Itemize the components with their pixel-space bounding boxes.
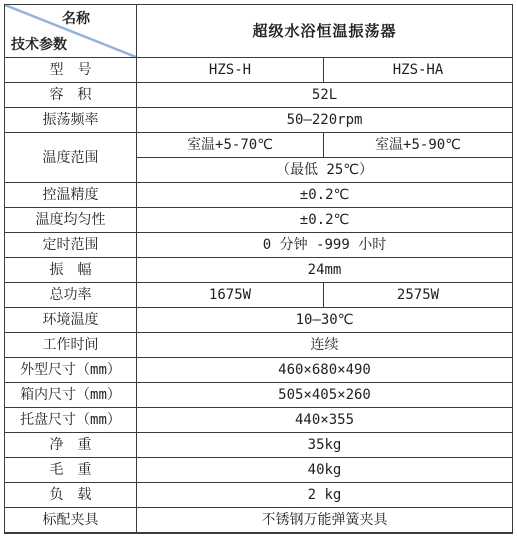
row-label: 振 幅 (5, 258, 137, 283)
table-row-inner-dimensions: 箱内尺寸（mm） 505×405×260 (5, 383, 513, 408)
table-row-net-weight: 净 重 35kg (5, 433, 513, 458)
table-row-model: 型 号 HZS-H HZS-HA (5, 58, 513, 83)
table-row-external-dimensions: 外型尺寸（mm） 460×680×490 (5, 358, 513, 383)
cell-total-power-1: 1675W (137, 283, 324, 308)
row-label: 总功率 (5, 283, 137, 308)
table-row-timer-range: 定时范围 0 分钟 -999 小时 (5, 233, 513, 258)
corner-label-tech-params: 技术参数 (11, 38, 67, 52)
row-label: 振荡频率 (5, 108, 137, 133)
cell-amplitude: 24mm (137, 258, 513, 283)
table-row-gross-weight: 毛 重 40kg (5, 458, 513, 483)
table-row-volume: 容 积 52L (5, 83, 513, 108)
corner-label-name: 名称 (62, 12, 90, 26)
cell-temp-range-1: 室温+5-70℃ (137, 133, 324, 158)
cell-temp-uniformity: ±0.2℃ (137, 208, 513, 233)
row-label: 温度均匀性 (5, 208, 137, 233)
cell-gross-weight: 40kg (137, 458, 513, 483)
cell-tray-dimensions: 440×355 (137, 408, 513, 433)
table-row-ambient-temp: 环境温度 10—30℃ (5, 308, 513, 333)
row-label: 负 载 (5, 483, 137, 508)
table-row-load: 负 载 2 kg (5, 483, 513, 508)
cell-net-weight: 35kg (137, 433, 513, 458)
table-row-working-time: 工作时间 连续 (5, 333, 513, 358)
row-label: 控温精度 (5, 183, 137, 208)
cell-volume: 52L (137, 83, 513, 108)
cell-temp-accuracy: ±0.2℃ (137, 183, 513, 208)
cell-working-time: 连续 (137, 333, 513, 358)
cell-temp-range-note: （最低 25℃） (137, 158, 513, 183)
cell-total-power-2: 2575W (324, 283, 513, 308)
row-label: 毛 重 (5, 458, 137, 483)
cell-model-1: HZS-H (137, 58, 324, 83)
cell-standard-clamp: 不锈钢万能弹簧夹具 (137, 508, 513, 533)
table-row-oscillation-frequency: 振荡频率 50—220rpm (5, 108, 513, 133)
row-label: 工作时间 (5, 333, 137, 358)
cell-inner-dimensions: 505×405×260 (137, 383, 513, 408)
table-row-standard-clamp: 标配夹具 不锈钢万能弹簧夹具 (5, 508, 513, 533)
row-label: 温度范围 (5, 133, 137, 183)
product-title: 超级水浴恒温振荡器 (137, 5, 513, 58)
row-label: 净 重 (5, 433, 137, 458)
table-row-total-power: 总功率 1675W 2575W (5, 283, 513, 308)
cell-timer-range: 0 分钟 -999 小时 (137, 233, 513, 258)
row-label: 环境温度 (5, 308, 137, 333)
table-row-temp-accuracy: 控温精度 ±0.2℃ (5, 183, 513, 208)
table-row-temp-range: 温度范围 室温+5-70℃ 室温+5-90℃ (5, 133, 513, 158)
spec-sheet: 名称 技术参数 超级水浴恒温振荡器 型 号 HZS-H HZS-HA 容 积 5… (0, 0, 517, 538)
table-row-amplitude: 振 幅 24mm (5, 258, 513, 283)
cell-oscillation-frequency: 50—220rpm (137, 108, 513, 133)
cell-load: 2 kg (137, 483, 513, 508)
row-label: 定时范围 (5, 233, 137, 258)
spec-table: 名称 技术参数 超级水浴恒温振荡器 型 号 HZS-H HZS-HA 容 积 5… (4, 4, 513, 534)
row-label: 型 号 (5, 58, 137, 83)
row-label: 标配夹具 (5, 508, 137, 533)
cell-ambient-temp: 10—30℃ (137, 308, 513, 333)
row-label: 容 积 (5, 83, 137, 108)
corner-diagonal-wrap: 名称 技术参数 (5, 5, 136, 57)
header-row: 名称 技术参数 超级水浴恒温振荡器 (5, 5, 513, 58)
row-label: 外型尺寸（mm） (5, 358, 137, 383)
row-label: 托盘尺寸（mm） (5, 408, 137, 433)
table-row-temp-uniformity: 温度均匀性 ±0.2℃ (5, 208, 513, 233)
cell-temp-range-2: 室温+5-90℃ (324, 133, 513, 158)
cell-external-dimensions: 460×680×490 (137, 358, 513, 383)
row-label: 箱内尺寸（mm） (5, 383, 137, 408)
table-row-tray-dimensions: 托盘尺寸（mm） 440×355 (5, 408, 513, 433)
corner-cell: 名称 技术参数 (5, 5, 137, 58)
cell-model-2: HZS-HA (324, 58, 513, 83)
